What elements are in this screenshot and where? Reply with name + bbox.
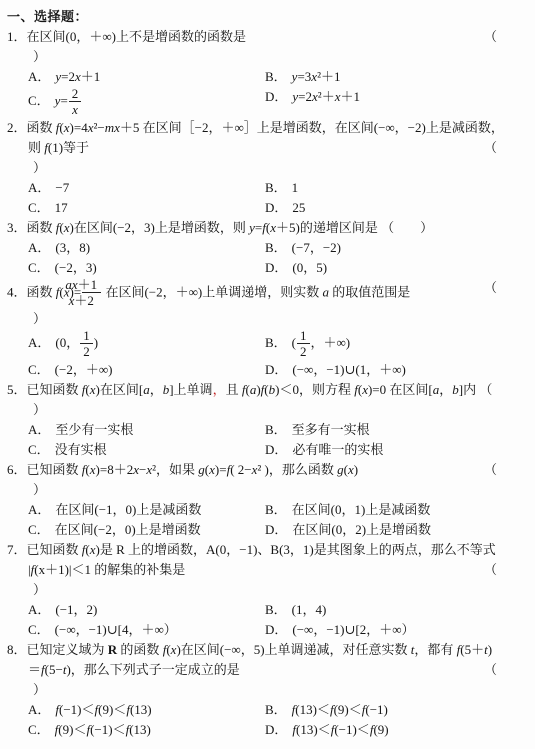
option-text: (−2，＋∞): [55, 362, 113, 377]
option: A．(3，8): [28, 238, 265, 258]
option: C．17: [28, 198, 265, 218]
option: C．(−2，3): [28, 258, 265, 278]
option: D．y=2x²＋x＋1: [265, 87, 529, 107]
option: D．(0，5): [265, 258, 529, 278]
option-label: C．: [28, 362, 50, 377]
option-text: (12，＋∞): [292, 335, 350, 350]
option-text: 在区间(0，2)上是增函数: [292, 522, 431, 537]
option-row: C．y=2xD．y=2x²＋x＋1: [28, 87, 529, 118]
answer-open-paren: （: [484, 660, 497, 680]
answer-close-paren: ）: [33, 480, 529, 500]
option-row: A．f(−1)＜f(9)＜f(13)B．f(13)＜f(9)＜f(−1): [28, 700, 529, 720]
option-label: B．: [265, 502, 287, 517]
option: B．至多有一实根: [265, 420, 529, 440]
option: C．f(9)＜f(−1)＜f(13): [28, 720, 265, 740]
option-text: 必有唯一的实根: [292, 442, 383, 457]
option-row: C．(−∞，−1)∪[4，＋∞）D．(−∞，−1)∪[2，＋∞）: [28, 620, 529, 640]
option: D．在区间(0，2)上是增函数: [265, 520, 529, 540]
option-label: A．: [28, 240, 50, 255]
question: 2．函数 f(x)=4x²−mx＋5 在区间［−2，＋∞］上是增函数，在区间(−…: [7, 118, 529, 218]
fraction: 12: [297, 328, 310, 359]
answer-close-paren: ）: [33, 158, 529, 178]
option-label: B．: [265, 422, 287, 437]
section-title: 一、选择题：: [7, 7, 529, 27]
red-comma: ，: [213, 382, 226, 397]
option: A．至少有一实根: [28, 420, 265, 440]
question: 6．已知函数 f(x)=8＋2x−x²，如果 g(x)=f( 2−x² )，那么…: [7, 460, 529, 540]
option-label: B．: [265, 240, 287, 255]
exam-page: 一、选择题： 1．在区间(0，＋∞)上不是增函数的函数是（）A．y=2x＋1B．…: [0, 0, 535, 740]
option: A．y=2x＋1: [28, 67, 265, 87]
option: B．f(13)＜f(9)＜f(−1): [265, 700, 529, 720]
option: B．(1，4): [265, 600, 529, 620]
option: B．(12，＋∞): [265, 329, 529, 360]
option-text: 1: [292, 180, 299, 195]
option-label: D．: [265, 722, 287, 737]
option-text: 至少有一实根: [55, 422, 133, 437]
fraction: 2x: [69, 86, 82, 117]
option-text: 在区间(−2，0)上是增函数: [55, 522, 201, 537]
option-label: A．: [28, 502, 50, 517]
option-text: f(13)＜f(9)＜f(−1): [292, 702, 388, 717]
fraction: 12: [80, 328, 93, 359]
option-text: y=3x²＋1: [292, 69, 341, 84]
question-stem-line: |f(x＋1)|＜1 的解集的补集是（: [28, 560, 529, 580]
option-row: C．在区间(−2，0)上是增函数D．在区间(0，2)上是增函数: [28, 520, 529, 540]
question: 1．在区间(0，＋∞)上不是增函数的函数是（）A．y=2x＋1B．y=3x²＋1…: [7, 27, 529, 118]
option: A．f(−1)＜f(9)＜f(13): [28, 700, 265, 720]
answer-close-paren: ）: [33, 47, 529, 67]
question-stem-line: ＝f(5−t)，那么下列式子一定成立的是（: [28, 660, 529, 680]
question-number: 7．: [7, 542, 27, 557]
option-label: D．: [265, 200, 287, 215]
option-row: A．(3，8)B．(−7，−2): [28, 238, 529, 258]
option-row: A．−7B．1: [28, 178, 529, 198]
answer-open-paren: （: [484, 27, 497, 47]
option-row: C．17D．25: [28, 198, 529, 218]
option-label: D．: [265, 622, 287, 637]
option-label: A．: [28, 602, 50, 617]
option: C．(−∞，−1)∪[4，＋∞）: [28, 620, 265, 640]
option-text: f(13)＜f(−1)＜f(9): [292, 722, 388, 737]
option: A．−7: [28, 178, 265, 198]
option: C．在区间(−2，0)上是增函数: [28, 520, 265, 540]
option: D．f(13)＜f(−1)＜f(9): [265, 720, 529, 740]
option-text: y=2x: [55, 93, 83, 108]
option: D．(−∞，−1)∪(1，＋∞): [265, 360, 529, 380]
answer-open-paren: （: [484, 560, 497, 580]
option-label: D．: [265, 442, 287, 457]
option: B．在区间(0，1)上是减函数: [265, 500, 529, 520]
option-label: B．: [265, 180, 287, 195]
question-stem-line: 8．已知定义域为 R 的函数 f(x)在区间(−∞，5)上单调递减，对任意实数 …: [28, 640, 529, 660]
option-label: D．: [265, 89, 287, 104]
option: B．(−7，−2): [265, 238, 529, 258]
question-number: 2．: [7, 120, 27, 135]
option-text: f(9)＜f(−1)＜f(13): [55, 722, 151, 737]
option-row: C．(−2，3)D．(0，5): [28, 258, 529, 278]
option-text: (−∞，−1)∪[4，＋∞）: [55, 622, 177, 637]
option-label: C．: [28, 200, 50, 215]
question-stem-line: 5．已知函数 f(x)在区间[a，b]上单调，且 f(a)f(b)＜0，则方程 …: [28, 380, 529, 400]
option-label: A．: [28, 702, 50, 717]
option-text: 至多有一实根: [292, 422, 370, 437]
option-label: C．: [28, 442, 50, 457]
question: 4．函数 f(x)=ax＋1x＋2 在区间(−2，＋∞)上单调递增，则实数 a …: [7, 278, 529, 380]
question-number: 5．: [7, 382, 27, 397]
option: A．在区间(−1，0)上是减函数: [28, 500, 265, 520]
option: B．y=3x²＋1: [265, 67, 529, 87]
option-label: D．: [265, 260, 287, 275]
option-label: B．: [265, 602, 287, 617]
option-text: (−1，2): [55, 602, 97, 617]
option: D．必有唯一的实根: [265, 440, 529, 460]
option-row: A．在区间(−1，0)上是减函数B．在区间(0，1)上是减函数: [28, 500, 529, 520]
option-label: D．: [265, 522, 287, 537]
option-label: A．: [28, 180, 50, 195]
option-text: 在区间(0，1)上是减函数: [292, 502, 431, 517]
fraction: ax＋1x＋2: [82, 277, 101, 308]
option: B．1: [265, 178, 529, 198]
question: 5．已知函数 f(x)在区间[a，b]上单调，且 f(a)f(b)＜0，则方程 …: [7, 380, 529, 460]
option-label: C．: [28, 522, 50, 537]
question-stem-line: 2．函数 f(x)=4x²−mx＋5 在区间［−2，＋∞］上是增函数，在区间(−…: [28, 118, 529, 138]
option-text: −7: [55, 180, 69, 195]
option-text: 25: [292, 200, 305, 215]
option-row: A．(−1，2)B．(1，4): [28, 600, 529, 620]
option-text: 17: [55, 200, 68, 215]
option-text: 在区间(−1，0)上是减函数: [55, 502, 201, 517]
option-label: C．: [28, 622, 50, 637]
option-text: (−7，−2): [292, 240, 341, 255]
answer-close-paren: ）: [33, 680, 529, 700]
question-stem-line: 则 f(1)等于（: [28, 138, 529, 158]
option-text: (0，12): [55, 335, 98, 350]
option-label: C．: [28, 260, 50, 275]
answer-open-paren: （: [484, 460, 497, 480]
option-text: 没有实根: [55, 442, 107, 457]
answer-open-paren: （: [484, 278, 497, 298]
question-number: 8．: [7, 642, 27, 657]
question-number: 4．: [7, 284, 27, 299]
question-number: 1．: [7, 29, 27, 44]
option: D．25: [265, 198, 529, 218]
option-label: C．: [28, 93, 50, 108]
answer-close-paren: ）: [33, 309, 529, 329]
option-label: B．: [265, 702, 287, 717]
question-stem-line: 7．已知函数 f(x)是 R 上的增函数，A(0，−1)、B(3，1)是其图象上…: [28, 540, 529, 560]
option-text: (−∞，−1)∪(1，＋∞): [292, 362, 405, 377]
option: C．(−2，＋∞): [28, 360, 265, 380]
option-text: (3，8): [55, 240, 90, 255]
option-text: (0，5): [292, 260, 327, 275]
option-label: D．: [265, 362, 287, 377]
question-list: 1．在区间(0，＋∞)上不是增函数的函数是（）A．y=2x＋1B．y=3x²＋1…: [7, 27, 529, 740]
option-label: B．: [265, 69, 287, 84]
option-label: A．: [28, 335, 50, 350]
option-label: A．: [28, 69, 50, 84]
option-row: A．(0，12)B．(12，＋∞): [28, 329, 529, 360]
answer-open-paren: （: [484, 138, 497, 158]
question: 7．已知函数 f(x)是 R 上的增函数，A(0，−1)、B(3，1)是其图象上…: [7, 540, 529, 640]
question-number: 3．: [7, 220, 27, 235]
option-label: A．: [28, 422, 50, 437]
option: A．(0，12): [28, 329, 265, 360]
question-stem-line: 6．已知函数 f(x)=8＋2x−x²，如果 g(x)=f( 2−x² )，那么…: [28, 460, 529, 480]
question-number: 6．: [7, 462, 27, 477]
option-label: B．: [265, 335, 287, 350]
option-text: f(−1)＜f(9)＜f(13): [55, 702, 151, 717]
option-row: C．f(9)＜f(−1)＜f(13)D．f(13)＜f(−1)＜f(9): [28, 720, 529, 740]
option: C．y=2x: [28, 87, 265, 118]
question: 8．已知定义域为 R 的函数 f(x)在区间(−∞，5)上单调递减，对任意实数 …: [7, 640, 529, 740]
option-label: C．: [28, 722, 50, 737]
option-row: C．(−2，＋∞)D．(−∞，−1)∪(1，＋∞): [28, 360, 529, 380]
option: C．没有实根: [28, 440, 265, 460]
option-row: A．y=2x＋1B．y=3x²＋1: [28, 67, 529, 87]
option-text: y=2x＋1: [55, 69, 100, 84]
question: 3．函数 f(x)在区间(−2，3)上是增函数，则 y=f(x＋5)的递增区间是…: [7, 218, 529, 278]
option-text: y=2x²＋x＋1: [292, 89, 360, 104]
question-stem-line: 1．在区间(0，＋∞)上不是增函数的函数是（: [28, 27, 529, 47]
question-stem-line: 4．函数 f(x)=ax＋1x＋2 在区间(−2，＋∞)上单调递增，则实数 a …: [28, 278, 529, 309]
option: A．(−1，2): [28, 600, 265, 620]
answer-close-paren: ）: [33, 580, 529, 600]
answer-close-paren: ）: [33, 400, 529, 420]
option-text: (−∞，−1)∪[2，＋∞）: [292, 622, 414, 637]
option-text: (1，4): [292, 602, 327, 617]
question-stem-line: 3．函数 f(x)在区间(−2，3)上是增函数，则 y=f(x＋5)的递增区间是…: [28, 218, 529, 238]
option: D．(−∞，−1)∪[2，＋∞）: [265, 620, 529, 640]
option-row: A．至少有一实根B．至多有一实根: [28, 420, 529, 440]
option-text: (−2，3): [55, 260, 97, 275]
option-row: C．没有实根D．必有唯一的实根: [28, 440, 529, 460]
